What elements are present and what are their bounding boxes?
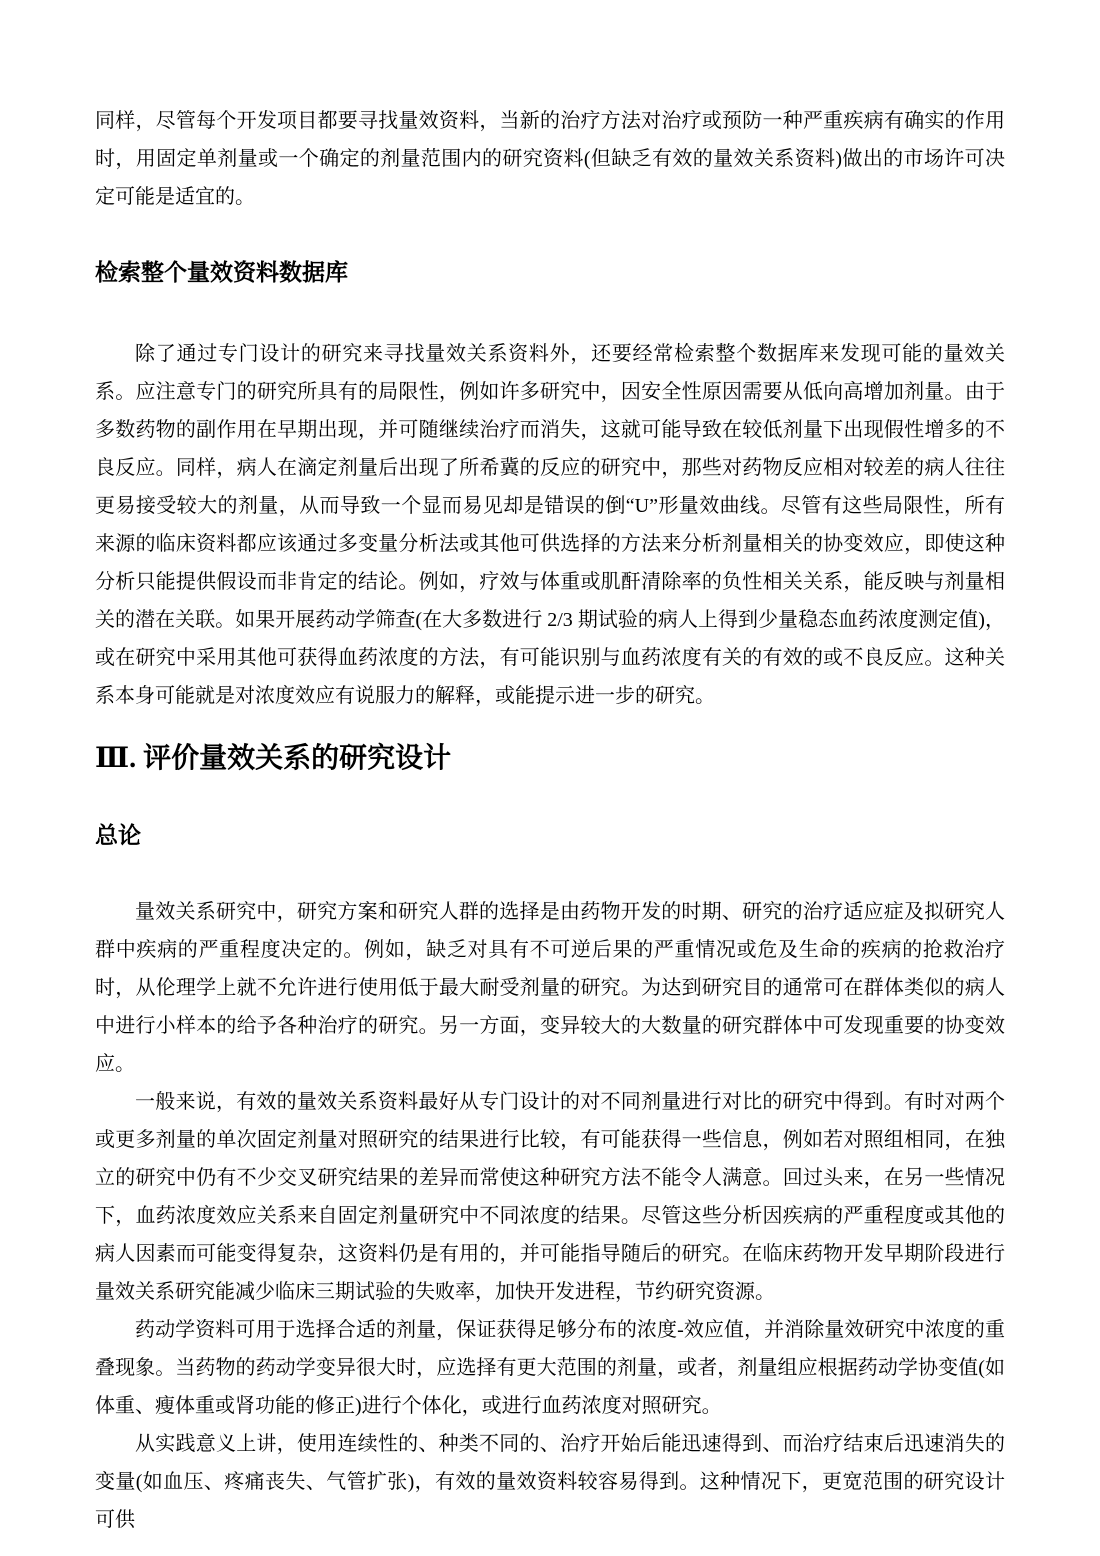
search-database-paragraph: 除了通过专门设计的研究来寻找量效关系资料外，还要经常检索整个数据库来发现可能的量… xyxy=(95,335,1005,715)
general-paragraph-1: 量效关系研究中，研究方案和研究人群的选择是由药物开发的时期、研究的治疗适应症及拟… xyxy=(95,893,1005,1083)
general-paragraph-4: 从实践意义上讲，使用连续性的、种类不同的、治疗开始后能迅速得到、而治疗结束后迅速… xyxy=(95,1425,1005,1539)
intro-paragraph: 同样，尽管每个开发项目都要寻找量效资料，当新的治疗方法对治疗或预防一种严重疾病有… xyxy=(95,102,1005,216)
section-heading-iii-study-design: Ⅲ. 评价量效关系的研究设计 xyxy=(95,741,1005,777)
general-paragraph-3: 药动学资料可用于选择合适的剂量，保证获得足够分布的浓度-效应值，并消除量效研究中… xyxy=(95,1311,1005,1425)
section-heading-search-database: 检索整个量效资料数据库 xyxy=(95,258,1005,288)
document-page: 同样，尽管每个开发项目都要寻找量效资料，当新的治疗方法对治疗或预防一种严重疾病有… xyxy=(0,0,1100,1556)
general-paragraph-2: 一般来说，有效的量效关系资料最好从专门设计的对不同剂量进行对比的研究中得到。有时… xyxy=(95,1083,1005,1311)
subsection-heading-general: 总论 xyxy=(95,821,1005,851)
